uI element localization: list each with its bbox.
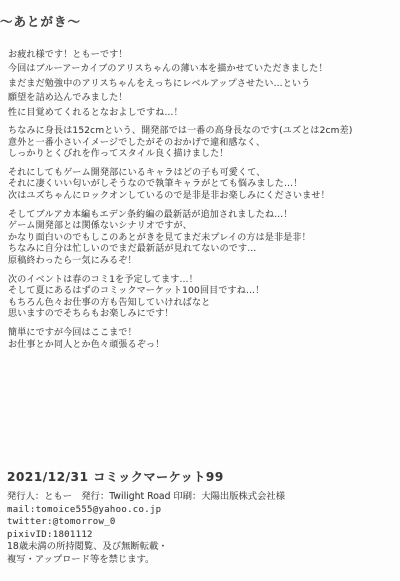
paragraph-height-trivia: ちなみに身長は152cmという、開発部では一番の高身長なのです(ユズとは2cm差… — [8, 126, 398, 161]
text-line: それに凄くいい匂いがしそうなので執筆キャラがとても悩みました…！ — [8, 179, 398, 191]
paragraph-closing: 簡単にですが今回はここまで！ お仕事とか同人とか色々頑張るぞっ！ — [8, 328, 398, 351]
twitter-handle: twitter:@tomorrow_0 — [7, 516, 398, 529]
text-line: 簡単にですが今回はここまで！ — [8, 328, 398, 340]
afterword-body: お疲れ様です！ともーです！ 今回はブルーアーカイブのアリスちゃんの薄い本を描かせ… — [8, 48, 398, 358]
text-line: もちろん色々お仕事の方も告知していければなと — [8, 298, 398, 310]
text-line: お疲れ様です！ともーです！ — [8, 48, 398, 62]
legal-notice-line: 18歳未満の所持閲覧、及び無断転載・ — [7, 541, 398, 554]
pixiv-id: pixivID:1801112 — [7, 529, 398, 542]
text-line: 思いますのでそちらもお楽しみにです！ — [8, 309, 398, 321]
legal-notice-line: 複写・アップロード等を禁じます。 — [7, 554, 398, 567]
text-line: そして夏にあるはずのコミックマーケット100回目ですね…！ — [8, 286, 398, 298]
paragraph-game-dev-club: それにしてもゲーム開発部にいるキャラはどの子も可愛くて、 それに凄くいい匂いがし… — [8, 168, 398, 203]
publisher-line: 発行人：ともー 発行：Twilight Road 印刷：大陽出版株式会社様 — [7, 491, 398, 504]
text-line: ちなみに身長は152cmという、開発部では一番の高身長なのです(ユズとは2cm差… — [8, 126, 398, 138]
text-line: 性に目覚めてくれるとなおよしですね…！ — [8, 106, 398, 120]
text-line: 次のイベントは春のコミ1を予定してます…！ — [8, 275, 398, 287]
text-line: 次はユズちゃんにロックオンしているので是非是非お楽しみにくださいませ！ — [8, 191, 398, 203]
mail-address: mail:tomoice555@yahoo.co.jp — [7, 504, 398, 517]
afterword-page: 〜あとがき〜 お疲れ様です！ともーです！ 今回はブルーアーカイブのアリスちゃんの… — [0, 0, 400, 581]
paragraph-greeting: お疲れ様です！ともーです！ 今回はブルーアーカイブのアリスちゃんの薄い本を描かせ… — [8, 48, 398, 120]
text-line: かなり面白いのでもしこのあとがきを見てまだ未プレイの方は是非是非！ — [8, 233, 398, 245]
text-line: ちなみに自分は忙しいのでまだ最新話が見れてないのです… — [8, 244, 398, 256]
text-line: まだまだ勉強中のアリスちゃんをえっちにレベルアップさせたい…という — [8, 77, 398, 91]
text-line: しっかりとくびれを作ってスタイル良く描けました！ — [8, 149, 398, 161]
paragraph-next-events: 次のイベントは春のコミ1を予定してます…！ そして夏にあるはずのコミックマーケッ… — [8, 275, 398, 321]
colophon: 2021/12/31 コミックマーケット99 発行人：ともー 発行：Twilig… — [7, 468, 398, 567]
text-line: 原稿終わったら一気にみるぞ！ — [8, 256, 398, 268]
text-line: それにしてもゲーム開発部にいるキャラはどの子も可愛くて、 — [8, 168, 398, 180]
paragraph-main-story: そしてブルアカ本編もエデン条約編の最新話が追加されましたね…！ ゲーム開発部とは… — [8, 210, 398, 268]
text-line: そしてブルアカ本編もエデン条約編の最新話が追加されましたね…！ — [8, 210, 398, 222]
event-date-line: 2021/12/31 コミックマーケット99 — [7, 468, 398, 485]
page-title: 〜あとがき〜 — [0, 12, 81, 30]
text-line: お仕事とか同人とか色々頑張るぞっ！ — [8, 340, 398, 352]
text-line: 願望を詰め込んでみました！ — [8, 91, 398, 105]
text-line: 意外と一番小さいイメージでしたがそのおかげで違和感なく、 — [8, 138, 398, 150]
text-line: ゲーム開発部とは関係ないシナリオですが、 — [8, 221, 398, 233]
text-line: 今回はブルーアーカイブのアリスちゃんの薄い本を描かせていただきました！ — [8, 62, 398, 76]
